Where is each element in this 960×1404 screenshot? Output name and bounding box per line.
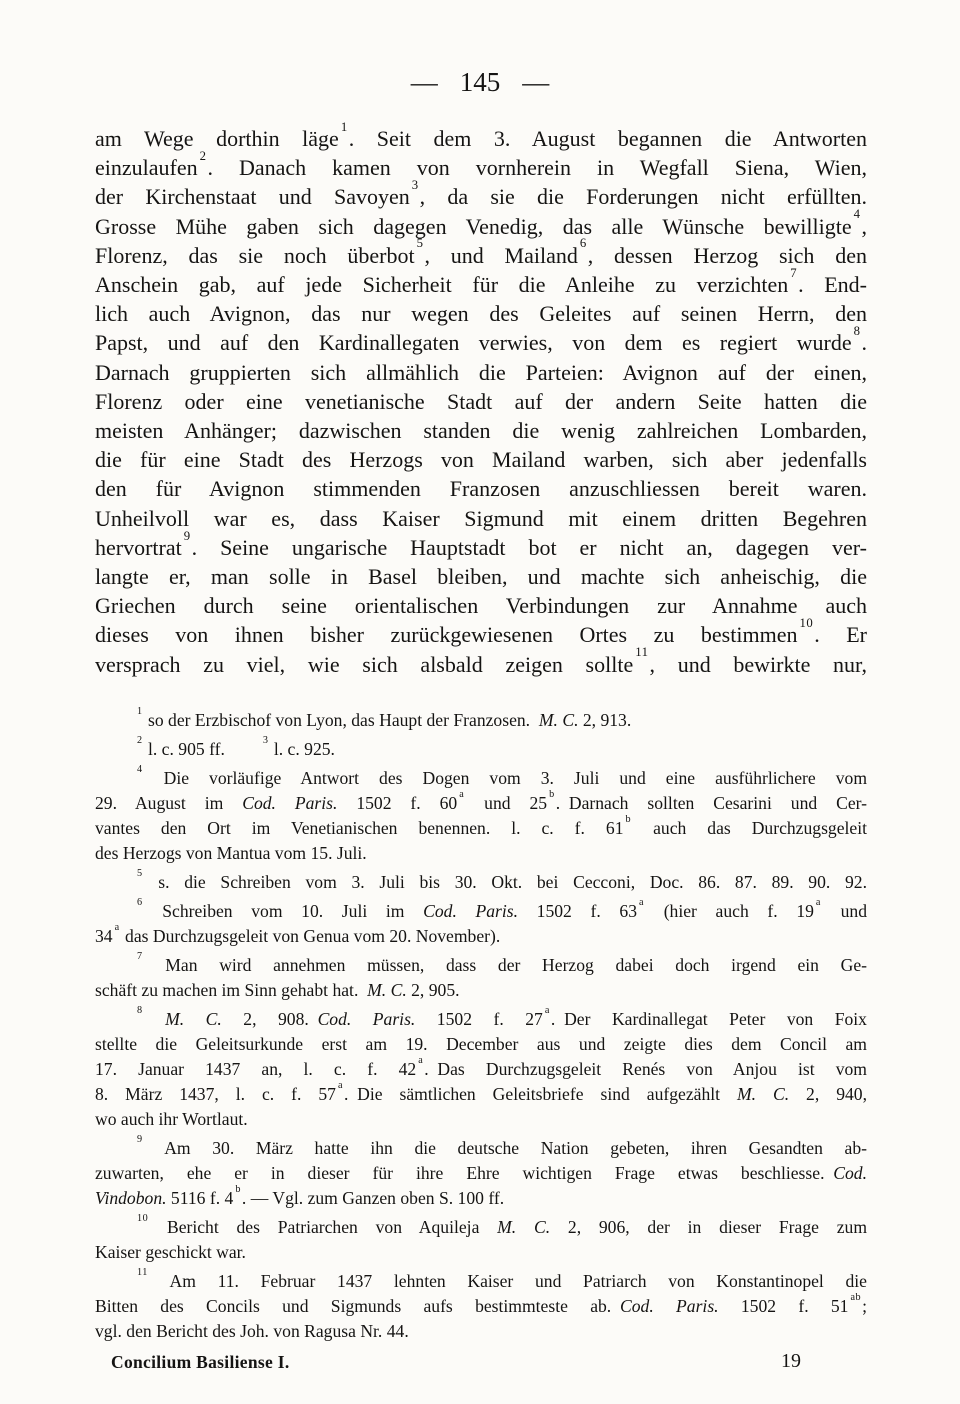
superscript-marker: 4 [137,764,143,775]
footnote-line: 1 so der Erzbischof von Lyon, das Haupt … [95,708,867,733]
body-line: den für Avignon stimmenden Franzosen anz… [95,474,867,503]
superscript-marker: a [545,1005,550,1016]
page-footer: Concilium Basiliense I. 19 [95,1350,867,1380]
footnote: 4 Die vorläufige Antwort des Dogen vom 3… [95,766,867,866]
superscript-marker: 8 [137,1005,143,1016]
footnote-line: 2 l. c. 905 ff.3 l. c. 925. [95,737,867,762]
footnote: 5 s. die Schreiben vom 3. Juli bis 30. O… [95,870,867,895]
page-number: 145 [460,67,501,97]
superscript-marker: 4 [854,207,861,221]
body-line: einzulaufen2. Danach kamen von vornherei… [95,153,867,182]
footnote-line: 9 Am 30. März hatte ihn die deutsche Nat… [95,1136,867,1161]
body-line: Darnach gruppierten sich allmählich die … [95,358,867,387]
body-line: die für eine Stadt des Herzogs von Maila… [95,445,867,474]
body-line: Florenz oder eine venetianische Stadt au… [95,387,867,416]
superscript-marker: 6 [137,897,143,908]
italic-citation: M. C. [367,980,407,1000]
superscript-marker: 7 [790,266,797,280]
superscript-marker: a [459,789,464,800]
italic-citation: Cod. Paris. [242,793,337,813]
footnote: 10 Bericht des Patriarchen von Aquileja … [95,1215,867,1265]
footnote-line: 34a das Durchzugsgeleit von Genua vom 20… [95,924,867,949]
superscript-marker: b [235,1184,241,1195]
body-line: Florenz, das sie noch überbot5, und Mail… [95,241,867,270]
body-text: am Wege dorthin läge1. Seit dem 3. Augus… [95,124,867,679]
superscript-marker: a [816,897,821,908]
superscript-marker: b [549,789,555,800]
superscript-marker: 2 [200,149,207,163]
superscript-marker: 3 [412,178,419,192]
superscript-marker: 2 [137,735,143,746]
footnote-line: 11 Am 11. Februar 1437 lehnten Kaiser un… [95,1269,867,1294]
superscript-marker: 7 [137,951,143,962]
superscript-marker: 1 [341,120,348,134]
italic-citation: Vindobon. [95,1188,167,1208]
superscript-marker: 10 [799,616,813,630]
body-line: Unheilvoll war es, dass Kaiser Sigmund m… [95,504,867,533]
footnote-line: 8 M. C. 2, 908. Cod. Paris. 1502 f. 27a.… [95,1007,867,1032]
footnote-line: wo auch ihr Wortlaut. [95,1107,867,1132]
footnote-line: Kaiser geschickt war. [95,1240,867,1265]
footnote-line: 17. Januar 1437 an, l. c. f. 42a. Das Du… [95,1057,867,1082]
superscript-marker: 9 [184,529,191,543]
footnote-line: vantes den Ort im Venetianischen benenne… [95,816,867,841]
superscript-marker: b [626,814,632,825]
body-line: versprach zu viel, wie sich alsbald zeig… [95,650,867,679]
footnote: 7 Man wird annehmen müssen, dass der Her… [95,953,867,1003]
footnote: 2 l. c. 905 ff.3 l. c. 925. [95,737,867,762]
footer-sheet-number: 19 [781,1350,801,1373]
superscript-marker: a [115,922,120,933]
italic-citation: M. C. [497,1217,550,1237]
footnote: 11 Am 11. Februar 1437 lehnten Kaiser un… [95,1269,867,1344]
footer-series-title: Concilium Basiliense I. [111,1352,290,1373]
footnote-line: Vindobon. 5116 f. 4b. — Vgl. zum Ganzen … [95,1186,867,1211]
header-dash-left: — [411,67,438,97]
superscript-marker: 9 [137,1134,143,1145]
body-line: meisten Anhänger; dazwischen standen die… [95,416,867,445]
italic-citation: Cod. Paris. [318,1009,416,1029]
body-line: dieses von ihnen bisher zurückgewiesenen… [95,620,867,649]
footnote: 1 so der Erzbischof von Lyon, das Haupt … [95,708,867,733]
footnote-line: 5 s. die Schreiben vom 3. Juli bis 30. O… [95,870,867,895]
italic-citation: M. C. [737,1084,789,1104]
footnote-line: des Herzogs von Mantua vom 15. Juli. [95,841,867,866]
superscript-marker: 5 [137,868,143,879]
header-dash-right: — [522,67,549,97]
body-line: Anschein gab, auf jede Sicherheit für di… [95,270,867,299]
superscript-marker: 1 [137,706,143,717]
footnote-line: vgl. den Bericht des Joh. von Ragusa Nr.… [95,1319,867,1344]
footnote: 8 M. C. 2, 908. Cod. Paris. 1502 f. 27a.… [95,1007,867,1132]
footnote-line: 6 Schreiben vom 10. Juli im Cod. Paris. … [95,899,867,924]
body-line: Grosse Mühe gaben sich dagegen Venedig, … [95,212,867,241]
footnote-line: 7 Man wird annehmen müssen, dass der Her… [95,953,867,978]
body-line: Griechen durch seine orientalischen Verb… [95,591,867,620]
footnote-line: stellte die Geleitsurkunde erst am 19. D… [95,1032,867,1057]
italic-citation: M. C. [165,1009,222,1029]
footnote-line: 8. März 1437, l. c. f. 57a. Die sämtlich… [95,1082,867,1107]
superscript-marker: 8 [854,324,861,338]
superscript-marker: a [338,1080,343,1091]
superscript-marker: 6 [580,236,587,250]
body-line: lich auch Avignon, das nur wegen des Gel… [95,299,867,328]
footnote-line: 29. August im Cod. Paris. 1502 f. 60a un… [95,791,867,816]
footnote: 9 Am 30. März hatte ihn die deutsche Nat… [95,1136,867,1211]
footnote: 6 Schreiben vom 10. Juli im Cod. Paris. … [95,899,867,949]
footnote-line: 4 Die vorläufige Antwort des Dogen vom 3… [95,766,867,791]
superscript-marker: a [639,897,644,908]
body-line: hervortrat9. Seine ungarische Hauptstadt… [95,533,867,562]
footnote-line: schäft zu machen im Sinn gehabt hat. M. … [95,978,867,1003]
italic-citation: Cod. Paris. [423,901,518,921]
footnote-line: 10 Bericht des Patriarchen von Aquileja … [95,1215,867,1240]
superscript-marker: a [418,1055,423,1066]
italic-citation: Cod. Paris. [620,1296,719,1316]
italic-citation: M. C. [539,710,579,730]
superscript-marker: 5 [417,236,424,250]
superscript-marker: ab [850,1292,861,1303]
superscript-marker: 11 [137,1267,148,1278]
superscript-marker: 10 [137,1213,148,1224]
italic-citation: Cod. [833,1163,867,1183]
superscript-marker: 3 [263,735,269,746]
body-line: am Wege dorthin läge1. Seit dem 3. Augus… [95,124,867,153]
book-page: —145— am Wege dorthin läge1. Seit dem 3.… [0,0,960,1404]
page-header: —145— [0,66,960,98]
body-line: der Kirchenstaat und Savoyen3, da sie di… [95,182,867,211]
footnotes-section: 1 so der Erzbischof von Lyon, das Haupt … [95,708,867,1344]
body-line: langte er, man solle in Basel bleiben, u… [95,562,867,591]
footnote-line: Bitten des Concils und Sigmunds aufs bes… [95,1294,867,1319]
body-line: Papst, und auf den Kardinallegaten verwi… [95,328,867,357]
superscript-marker: 11 [635,645,648,659]
footnote-line: zuwarten, ehe er in dieser für ihre Ehre… [95,1161,867,1186]
